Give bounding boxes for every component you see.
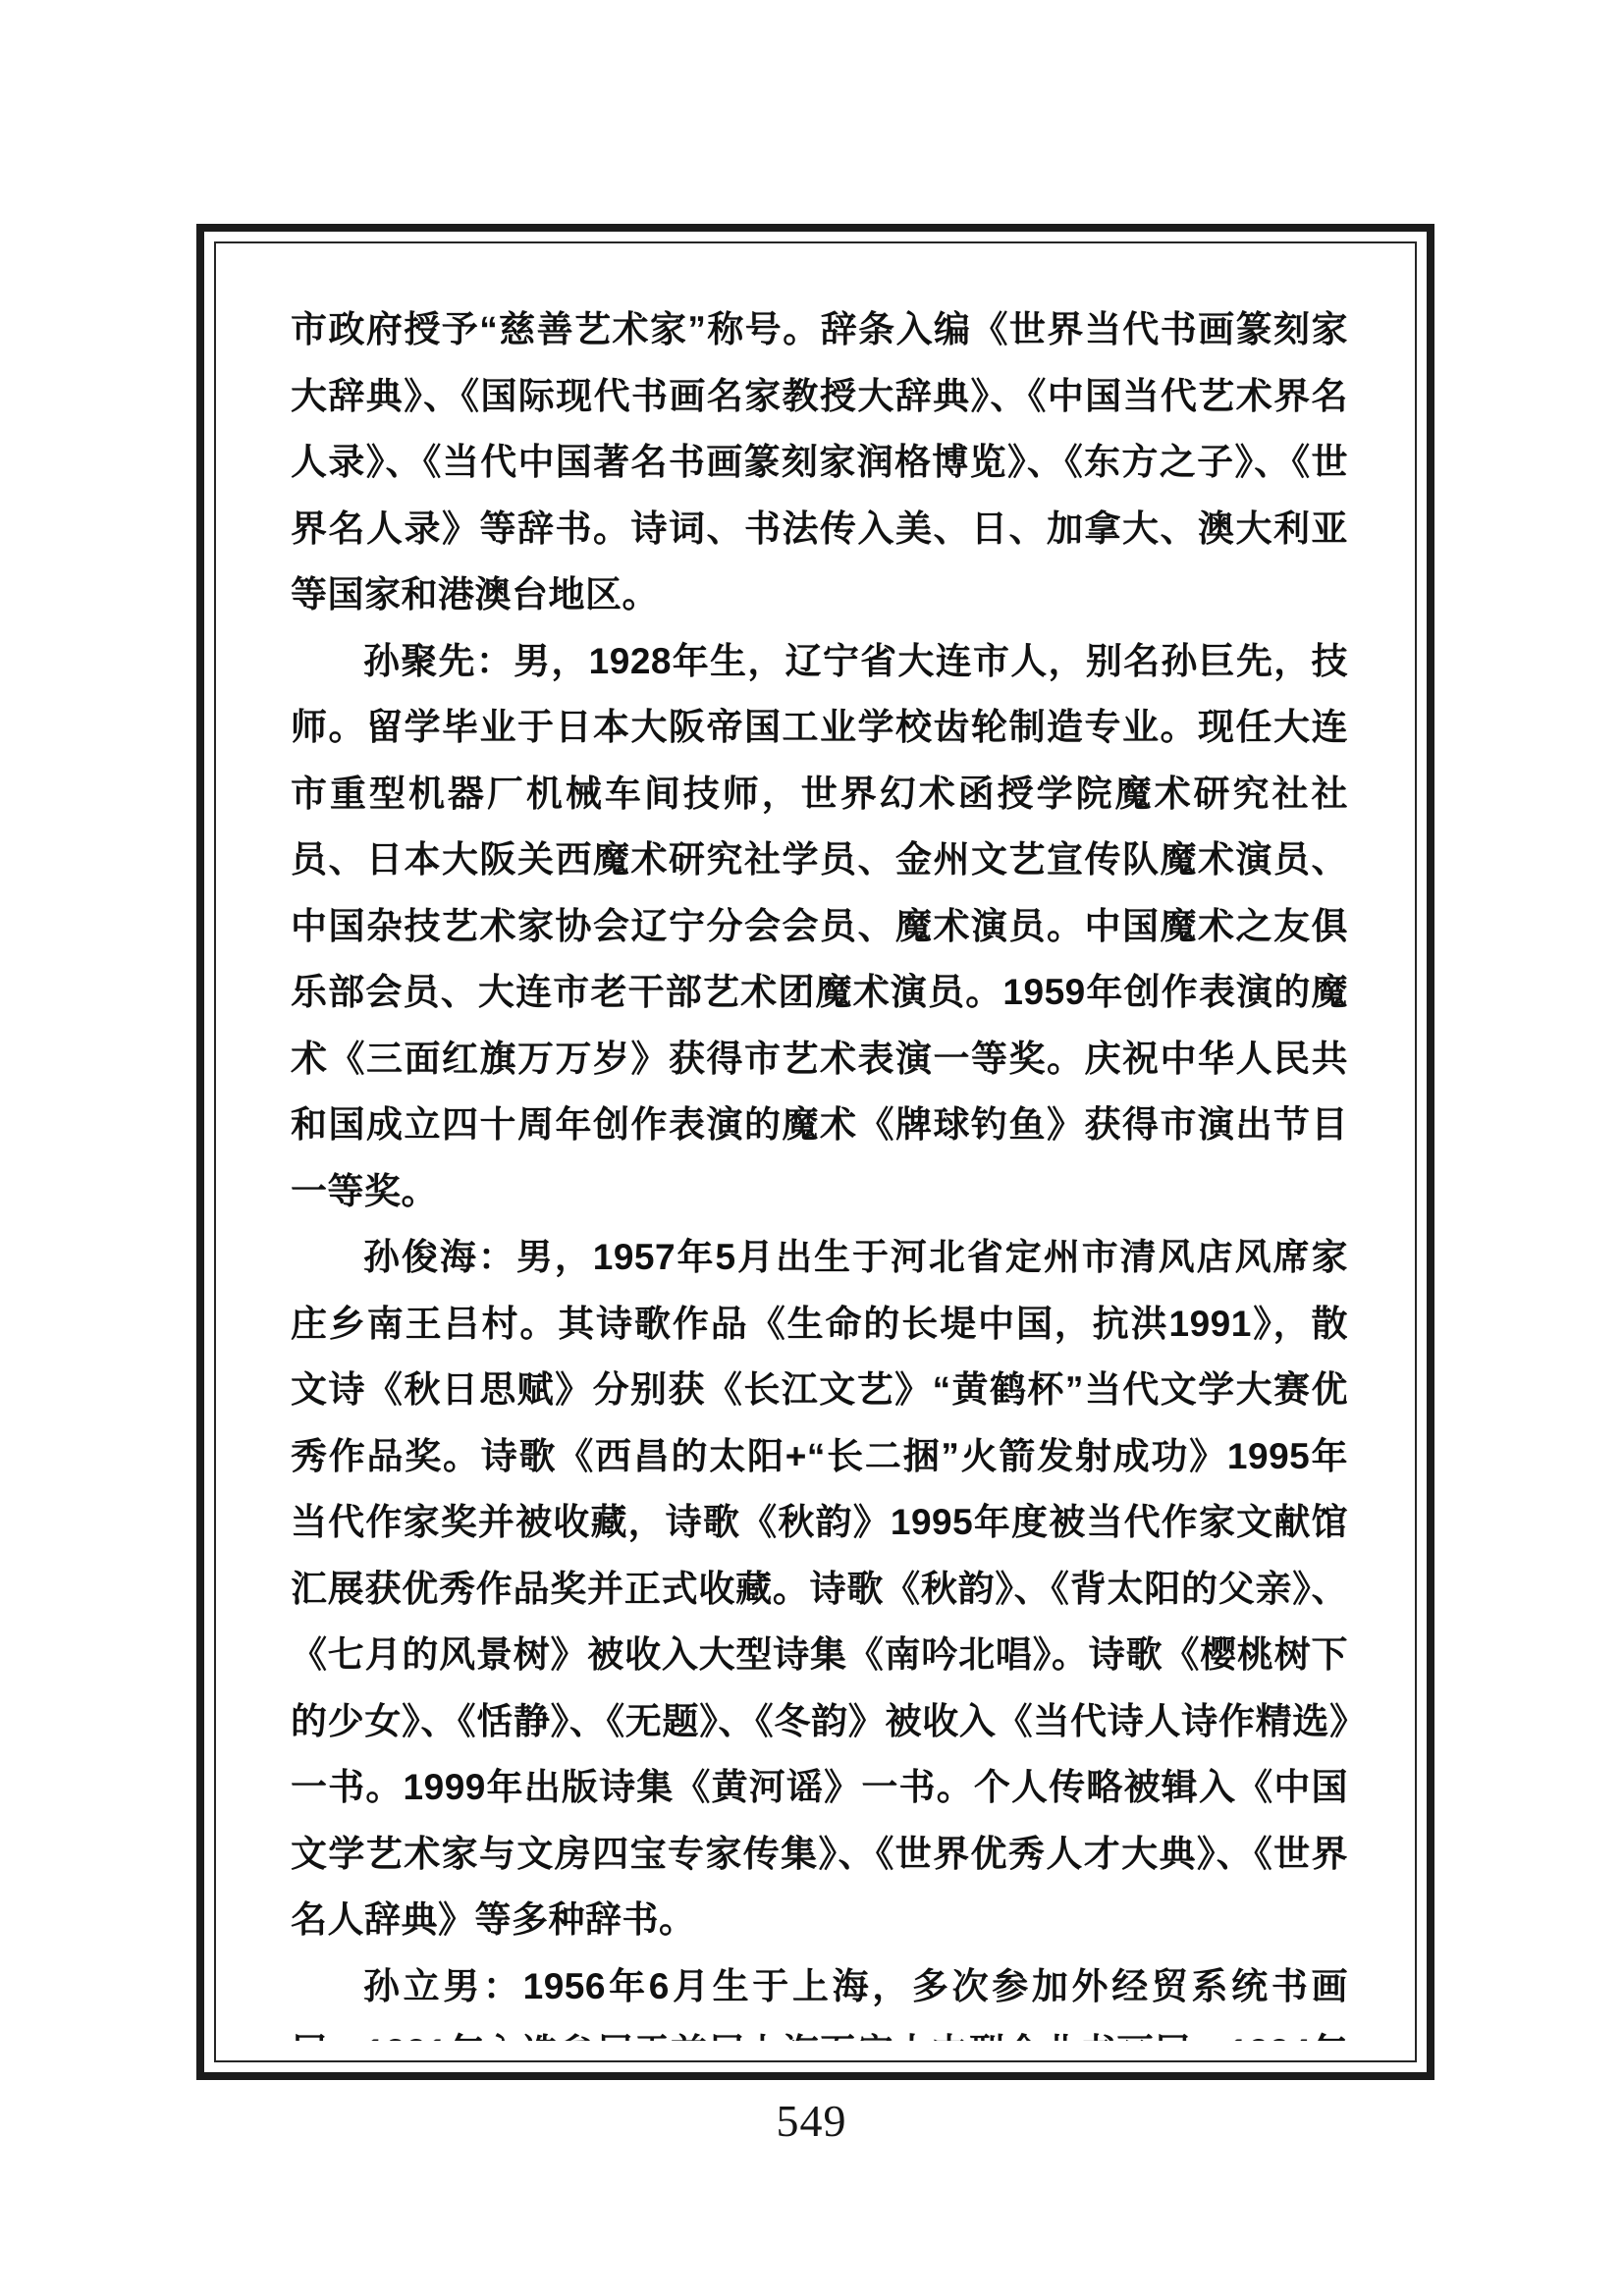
paragraph-continuation: 市政府授予“慈善艺术家”称号。辞条入编《世界当代书画篆刻家大辞典》、《国际现代书… (291, 296, 1348, 628)
inner-border-frame: 市政府授予“慈善艺术家”称号。辞条入编《世界当代书画篆刻家大辞典》、《国际现代书… (214, 241, 1417, 2062)
page-text-block: 市政府授予“慈善艺术家”称号。辞条入编《世界当代书画篆刻家大辞典》、《国际现代书… (291, 296, 1348, 2041)
book-page: 市政府授予“慈善艺术家”称号。辞条入编《世界当代书画篆刻家大辞典》、《国际现代书… (0, 0, 1623, 2296)
page-number: 549 (0, 2095, 1623, 2147)
outer-border-frame: 市政府授予“慈善艺术家”称号。辞条入编《世界当代书画篆刻家大辞典》、《国际现代书… (196, 224, 1434, 2080)
paragraph-sun-linan: 孙立男：1956年6月生于上海，多次参加外经贸系统书画展。1991年入选参展于首… (291, 1953, 1348, 2042)
paragraph-sun-juxian: 孙聚先：男，1928年生，辽宁省大连市人，别名孙巨先，技师。留学毕业于日本大阪帝… (291, 628, 1348, 1225)
paragraph-sun-junhai: 孙俊海：男，1957年5月出生于河北省定州市清风店风席家庄乡南王吕村。其诗歌作品… (291, 1224, 1348, 1953)
